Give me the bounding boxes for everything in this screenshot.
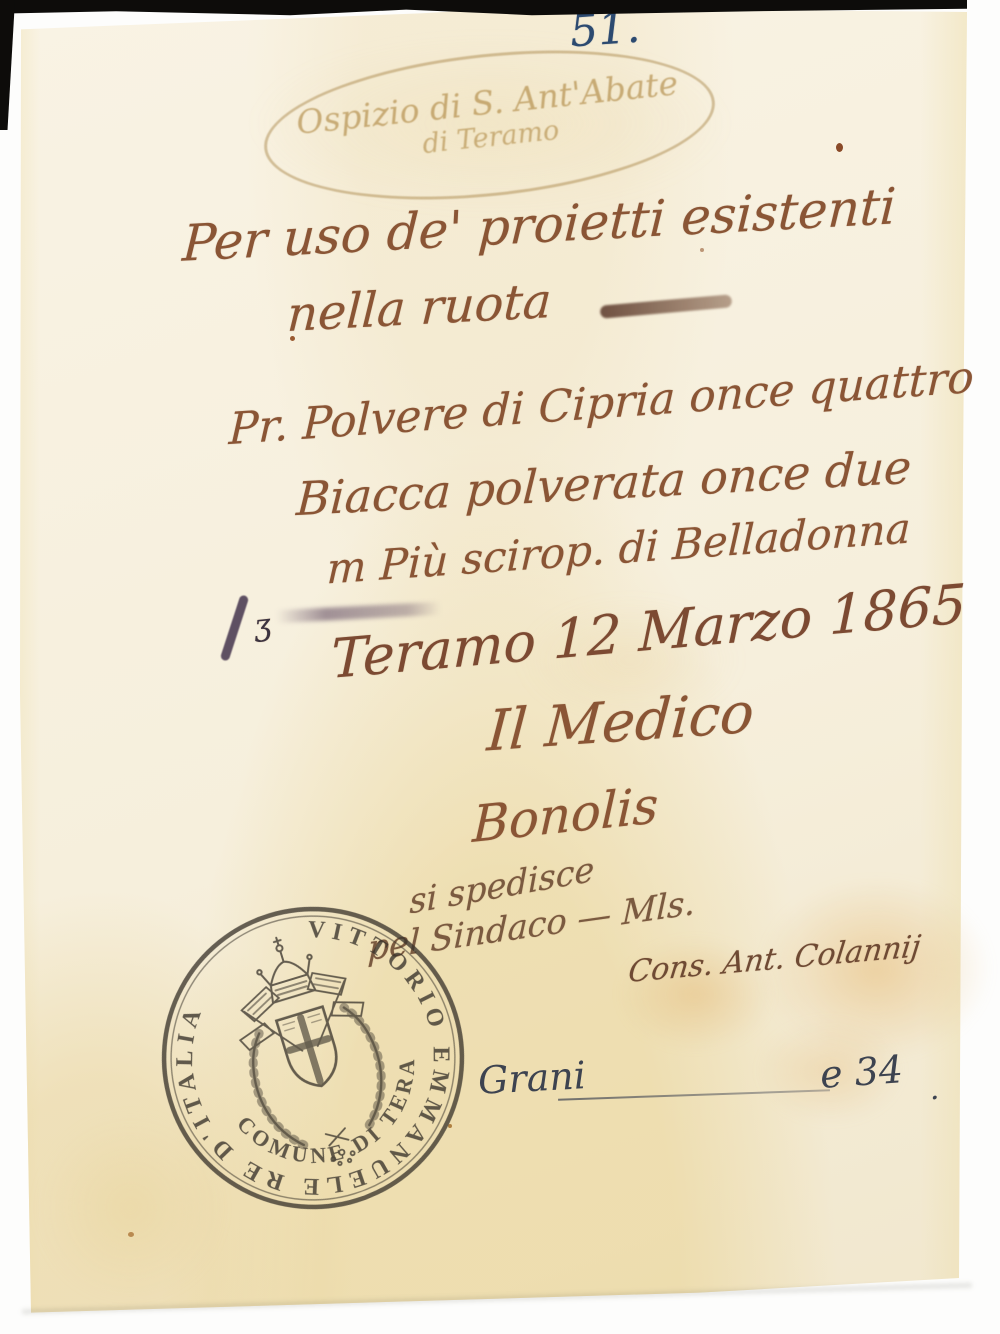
total-period: .	[930, 1072, 940, 1107]
scan-artifact-corner	[0, 0, 15, 130]
total-amount: e 34	[819, 1047, 905, 1097]
dose-mark: ʒ	[252, 607, 273, 644]
scanned-document: 51. Ospizio di S. Ant'Abate di Teramo Pe…	[0, 0, 1000, 1334]
ink-speck	[700, 248, 704, 252]
total-label: Grani	[477, 1053, 587, 1103]
savoy-shield-icon	[276, 1007, 344, 1093]
ink-speck	[128, 1232, 134, 1237]
ink-speck	[836, 143, 843, 152]
